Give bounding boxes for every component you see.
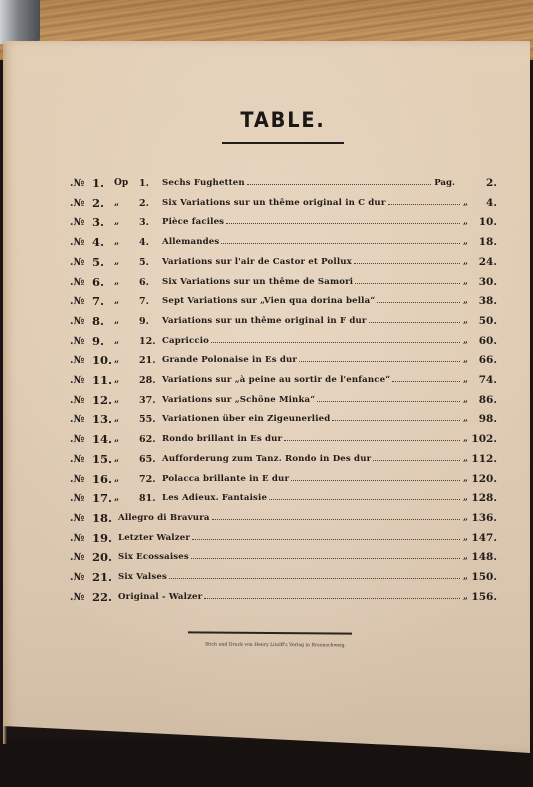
toc-entry: .№13.„55.Variationen über ein Zigeunerli… [0, 412, 533, 430]
piece-title: Six Variations sur un thême original in … [162, 198, 388, 208]
page-number: 150. [471, 571, 497, 583]
entry-title-line: Grande Polonaise in Es dur„ [162, 355, 468, 369]
piece-title: Polacca brillante in E dur [162, 474, 291, 484]
ditto-mark: „ [460, 533, 468, 543]
page-number: 10. [479, 216, 497, 228]
toc-entry: .№9.„12.Capriccio„60. [0, 334, 533, 352]
toc-entry: .№18.Allegro di Bravura„136. [0, 511, 533, 529]
opus-number: 55. [139, 414, 156, 425]
toc-entry: .№14.„62.Rondo brillant in Es dur„102. [0, 432, 533, 450]
entry-number: 8. [92, 314, 104, 328]
page-number: 4. [486, 197, 497, 209]
ditto-mark: „ [460, 414, 468, 424]
entry-title-line: Six Ecossaises„ [118, 552, 468, 566]
number-sign: .№ [70, 217, 84, 228]
dot-leader [373, 459, 460, 461]
dot-leader [355, 282, 460, 284]
ditto-mark: „ [460, 237, 468, 247]
ditto-mark: „ [460, 198, 468, 208]
entry-number: 7. [92, 294, 104, 308]
toc-entry: .№7.„7.Sept Variations sur „Vien qua dor… [0, 294, 533, 312]
piece-title: Pièce faciles [162, 217, 226, 227]
entry-title-line: Six Variations sur un thême de Samori„ [162, 277, 468, 291]
piece-title: Six Ecossaises [118, 552, 191, 562]
dot-leader [192, 538, 460, 540]
dot-leader [269, 498, 460, 500]
page-number: 147. [471, 532, 497, 544]
entry-title-line: Les Adieux. Fantaisie„ [162, 493, 468, 507]
piece-title: Variations sur „à peine au sortir de l'e… [162, 375, 392, 385]
opus-label: „ [114, 395, 119, 405]
toc-entry: .№21.Six Valses„150. [0, 570, 533, 588]
ditto-mark: „ [460, 592, 468, 602]
entry-title-line: Letzter Walzer„ [118, 533, 468, 547]
number-sign: .№ [70, 513, 84, 524]
toc-entry: .№6.„6.Six Variations sur un thême de Sa… [0, 275, 533, 293]
opus-label: „ [114, 375, 119, 385]
dot-leader [204, 597, 460, 599]
toc-entry: .№22.Original - Walzer„156. [0, 590, 533, 608]
page-number: 128. [471, 492, 497, 504]
opus-label: „ [114, 257, 119, 267]
piece-title: Rondo brillant in Es dur [162, 434, 284, 444]
piece-title: Variationen über ein Zigeunerlied [162, 414, 332, 424]
toc-entry: .№3.„3.Pièce faciles„10. [0, 215, 533, 233]
entry-title-line: Variations sur l'air de Castor et Pollux… [162, 257, 468, 271]
piece-title: Variations sur l'air de Castor et Pollux [162, 257, 354, 267]
opus-number: 7. [139, 296, 149, 307]
opus-number: 2. [139, 198, 149, 209]
toc-entry: .№5.„5.Variations sur l'air de Castor et… [0, 255, 533, 273]
dot-leader [388, 203, 461, 205]
opus-label: „ [114, 198, 119, 208]
dot-leader [317, 400, 460, 402]
piece-title: Allemandes [162, 237, 221, 247]
entry-title-line: Polacca brillante in E dur„ [162, 474, 468, 488]
entry-title-line: Allegro di Bravura„ [118, 513, 468, 527]
dot-leader [169, 577, 460, 579]
number-sign: .№ [70, 493, 84, 504]
opus-label: „ [114, 296, 119, 306]
number-sign: .№ [70, 592, 84, 603]
page-number: 120. [471, 473, 497, 485]
page-number: 66. [479, 354, 497, 366]
entry-title-line: Pièce faciles„ [162, 217, 468, 231]
toc-entry: .№20.Six Ecossaises„148. [0, 550, 533, 568]
opus-label: „ [114, 217, 119, 227]
entry-number: 18. [92, 511, 112, 525]
opus-number: 81. [139, 493, 156, 504]
entry-number: 19. [92, 531, 112, 545]
entry-title-line: Allemandes„ [162, 237, 468, 251]
piece-title: Capriccio [162, 336, 211, 346]
opus-number: 6. [139, 277, 149, 288]
ditto-mark: „ [460, 355, 468, 365]
page-number: 156. [471, 591, 497, 603]
entry-number: 14. [92, 432, 112, 446]
entry-number: 5. [92, 255, 104, 269]
entry-title-line: Variationen über ein Zigeunerlied„ [162, 414, 468, 428]
toc-entry: .№4.„4.Allemandes„18. [0, 235, 533, 253]
dot-leader [226, 222, 460, 224]
toc-entry: .№10.„21.Grande Polonaise in Es dur„66. [0, 353, 533, 371]
background-object [0, 0, 40, 44]
piece-title: Aufforderung zum Tanz. Rondo in Des dur [162, 454, 373, 464]
ditto-mark: „ [460, 434, 468, 444]
number-sign: .№ [70, 414, 84, 425]
dot-leader [392, 380, 460, 382]
ditto-mark: „ [460, 316, 468, 326]
opus-number: 9. [139, 316, 149, 327]
ditto-mark: „ [460, 336, 468, 346]
opus-number: 21. [139, 355, 156, 366]
entry-number: 12. [92, 393, 112, 407]
entry-number: 17. [92, 491, 112, 505]
piece-title: Variations sur un thême original in F du… [162, 316, 369, 326]
dot-leader [191, 557, 460, 559]
opus-label: Op [114, 178, 128, 188]
number-sign: .№ [70, 533, 84, 544]
opus-number: 72. [139, 474, 156, 485]
page-number: 102. [471, 433, 497, 445]
ditto-mark: „ [460, 474, 468, 484]
page-number: 112. [471, 453, 497, 465]
number-sign: .№ [70, 198, 84, 209]
toc-entry: .№11.„28.Variations sur „à peine au sort… [0, 373, 533, 391]
entry-number: 20. [92, 550, 112, 564]
ditto-mark: „ [460, 217, 468, 227]
dot-leader [284, 439, 460, 441]
dot-leader [291, 479, 460, 481]
piece-title: Les Adieux. Fantaisie [162, 493, 269, 503]
opus-number: 37. [139, 395, 156, 406]
opus-label: „ [114, 454, 119, 464]
dot-leader [299, 360, 460, 362]
piece-title: Allegro di Bravura [118, 513, 212, 523]
entry-title-line: Capriccio„ [162, 336, 468, 350]
opus-number: 1. [139, 178, 149, 189]
entry-number: 21. [92, 570, 112, 584]
ditto-mark: „ [460, 513, 468, 523]
entry-number: 4. [92, 235, 104, 249]
opus-number: 4. [139, 237, 149, 248]
opus-label: „ [114, 237, 119, 247]
piece-title: Sechs Fughetten [162, 178, 247, 188]
entry-number: 3. [92, 215, 104, 229]
dot-leader [211, 341, 460, 343]
opus-label: „ [114, 414, 119, 424]
entry-number: 22. [92, 590, 112, 604]
opus-number: 3. [139, 217, 149, 228]
page-number: 136. [471, 512, 497, 524]
page-number: 74. [479, 374, 497, 386]
number-sign: .№ [70, 434, 84, 445]
toc-entry: .№2.„2.Six Variations sur un thême origi… [0, 196, 533, 214]
entry-number: 2. [92, 196, 104, 210]
toc-entry: .№19.Letzter Walzer„147. [0, 531, 533, 549]
title-underline [222, 142, 344, 144]
entry-number: 10. [92, 353, 112, 367]
dot-leader [212, 518, 460, 520]
dot-leader [221, 242, 460, 244]
piece-title: Six Variations sur un thême de Samori [162, 277, 355, 287]
pag-label: Pag. [431, 178, 455, 188]
piece-title: Grande Polonaise in Es dur [162, 355, 299, 365]
entry-title-line: Sept Variations sur „Vien qua dorina bel… [162, 296, 468, 310]
number-sign: .№ [70, 474, 84, 485]
page-title: TABLE. [23, 108, 533, 132]
toc-entry: .№12.„37.Variations sur „Schöne Minka“„8… [0, 393, 533, 411]
entry-title-line: Six Variations sur un thême original in … [162, 198, 468, 212]
entry-title-line: Variations sur „à peine au sortir de l'e… [162, 375, 468, 389]
ditto-mark: „ [460, 257, 468, 267]
piece-title: Letzter Walzer [118, 533, 192, 543]
opus-label: „ [114, 355, 119, 365]
dot-leader [377, 301, 460, 303]
entry-title-line: Variations sur „Schöne Minka“„ [162, 395, 468, 409]
entry-title-line: Original - Walzer„ [118, 592, 468, 606]
number-sign: .№ [70, 296, 84, 307]
entry-number: 11. [92, 373, 112, 387]
opus-number: 28. [139, 375, 156, 386]
number-sign: .№ [70, 375, 84, 386]
opus-number: 5. [139, 257, 149, 268]
page-number: 86. [479, 394, 497, 406]
page-number: 148. [471, 551, 497, 563]
entry-number: 13. [92, 412, 112, 426]
page-number: 24. [479, 256, 497, 268]
entry-number: 16. [92, 472, 112, 486]
piece-title: Original - Walzer [118, 592, 204, 602]
number-sign: .№ [70, 572, 84, 583]
dot-leader [354, 262, 460, 264]
dot-leader [332, 419, 460, 421]
ditto-mark: „ [460, 572, 468, 582]
dot-leader [247, 183, 431, 185]
piece-title: Sept Variations sur „Vien qua dorina bel… [162, 296, 377, 306]
number-sign: .№ [70, 237, 84, 248]
opus-label: „ [114, 493, 119, 503]
entry-title-line: Variations sur un thême original in F du… [162, 316, 468, 330]
opus-number: 65. [139, 454, 156, 465]
number-sign: .№ [70, 395, 84, 406]
entry-number: 6. [92, 275, 104, 289]
piece-title: Variations sur „Schöne Minka“ [162, 395, 317, 405]
number-sign: .№ [70, 316, 84, 327]
ditto-mark: „ [460, 375, 468, 385]
opus-label: „ [114, 316, 119, 326]
number-sign: .№ [70, 336, 84, 347]
opus-label: „ [114, 336, 119, 346]
ditto-mark: „ [460, 552, 468, 562]
opus-label: „ [114, 474, 119, 484]
page-number: 30. [479, 276, 497, 288]
entry-number: 9. [92, 334, 104, 348]
entry-title-line: Six Valses„ [118, 572, 468, 586]
number-sign: .№ [70, 178, 84, 189]
opus-number: 62. [139, 434, 156, 445]
entry-title-line: Rondo brillant in Es dur„ [162, 434, 468, 448]
number-sign: .№ [70, 355, 84, 366]
opus-number: 12. [139, 336, 156, 347]
page-number: 50. [479, 315, 497, 327]
toc-entry: .№8.„9.Variations sur un thême original … [0, 314, 533, 332]
ditto-mark: „ [460, 454, 468, 464]
ditto-mark: „ [460, 395, 468, 405]
ditto-mark: „ [460, 296, 468, 306]
page-number: 60. [479, 335, 497, 347]
publisher-imprint: Stich und Druck von Henry Litolff's Verl… [205, 643, 346, 649]
entry-title-line: Sechs FughettenPag. [162, 178, 455, 192]
opus-label: „ [114, 277, 119, 287]
entry-number: 1. [92, 176, 104, 190]
page-number: 38. [479, 295, 497, 307]
number-sign: .№ [70, 454, 84, 465]
ditto-mark: „ [460, 493, 468, 503]
entry-number: 15. [92, 452, 112, 466]
toc-entry: .№16.„72.Polacca brillante in E dur„120. [0, 472, 533, 490]
dot-leader [369, 321, 460, 323]
page-number: 2. [486, 177, 497, 189]
toc-entry: .№17.„81.Les Adieux. Fantaisie„128. [0, 491, 533, 509]
number-sign: .№ [70, 257, 84, 268]
number-sign: .№ [70, 277, 84, 288]
page-number: 98. [479, 413, 497, 425]
opus-label: „ [114, 434, 119, 444]
page-number: 18. [479, 236, 497, 248]
toc-entry: .№1.Op1.Sechs FughettenPag.2. [0, 176, 533, 194]
entry-title-line: Aufforderung zum Tanz. Rondo in Des dur„ [162, 454, 468, 468]
toc-entry: .№15.„65.Aufforderung zum Tanz. Rondo in… [0, 452, 533, 470]
ditto-mark: „ [460, 277, 468, 287]
piece-title: Six Valses [118, 572, 169, 582]
number-sign: .№ [70, 552, 84, 563]
